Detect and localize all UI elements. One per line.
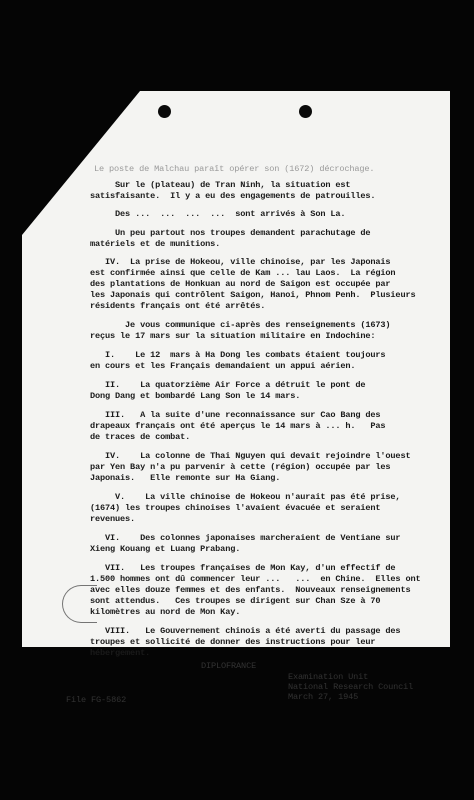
paragraph-line: troupes et sollicité de donner des instr… (90, 637, 375, 649)
handwritten-bracket-mark (62, 585, 97, 623)
signature: DIPLOFRANCE (201, 661, 256, 673)
file-reference: File FG-5862 (66, 695, 126, 707)
examination-date: March 27, 1945 (288, 692, 358, 704)
paragraph-line: hébergement. (90, 648, 150, 660)
